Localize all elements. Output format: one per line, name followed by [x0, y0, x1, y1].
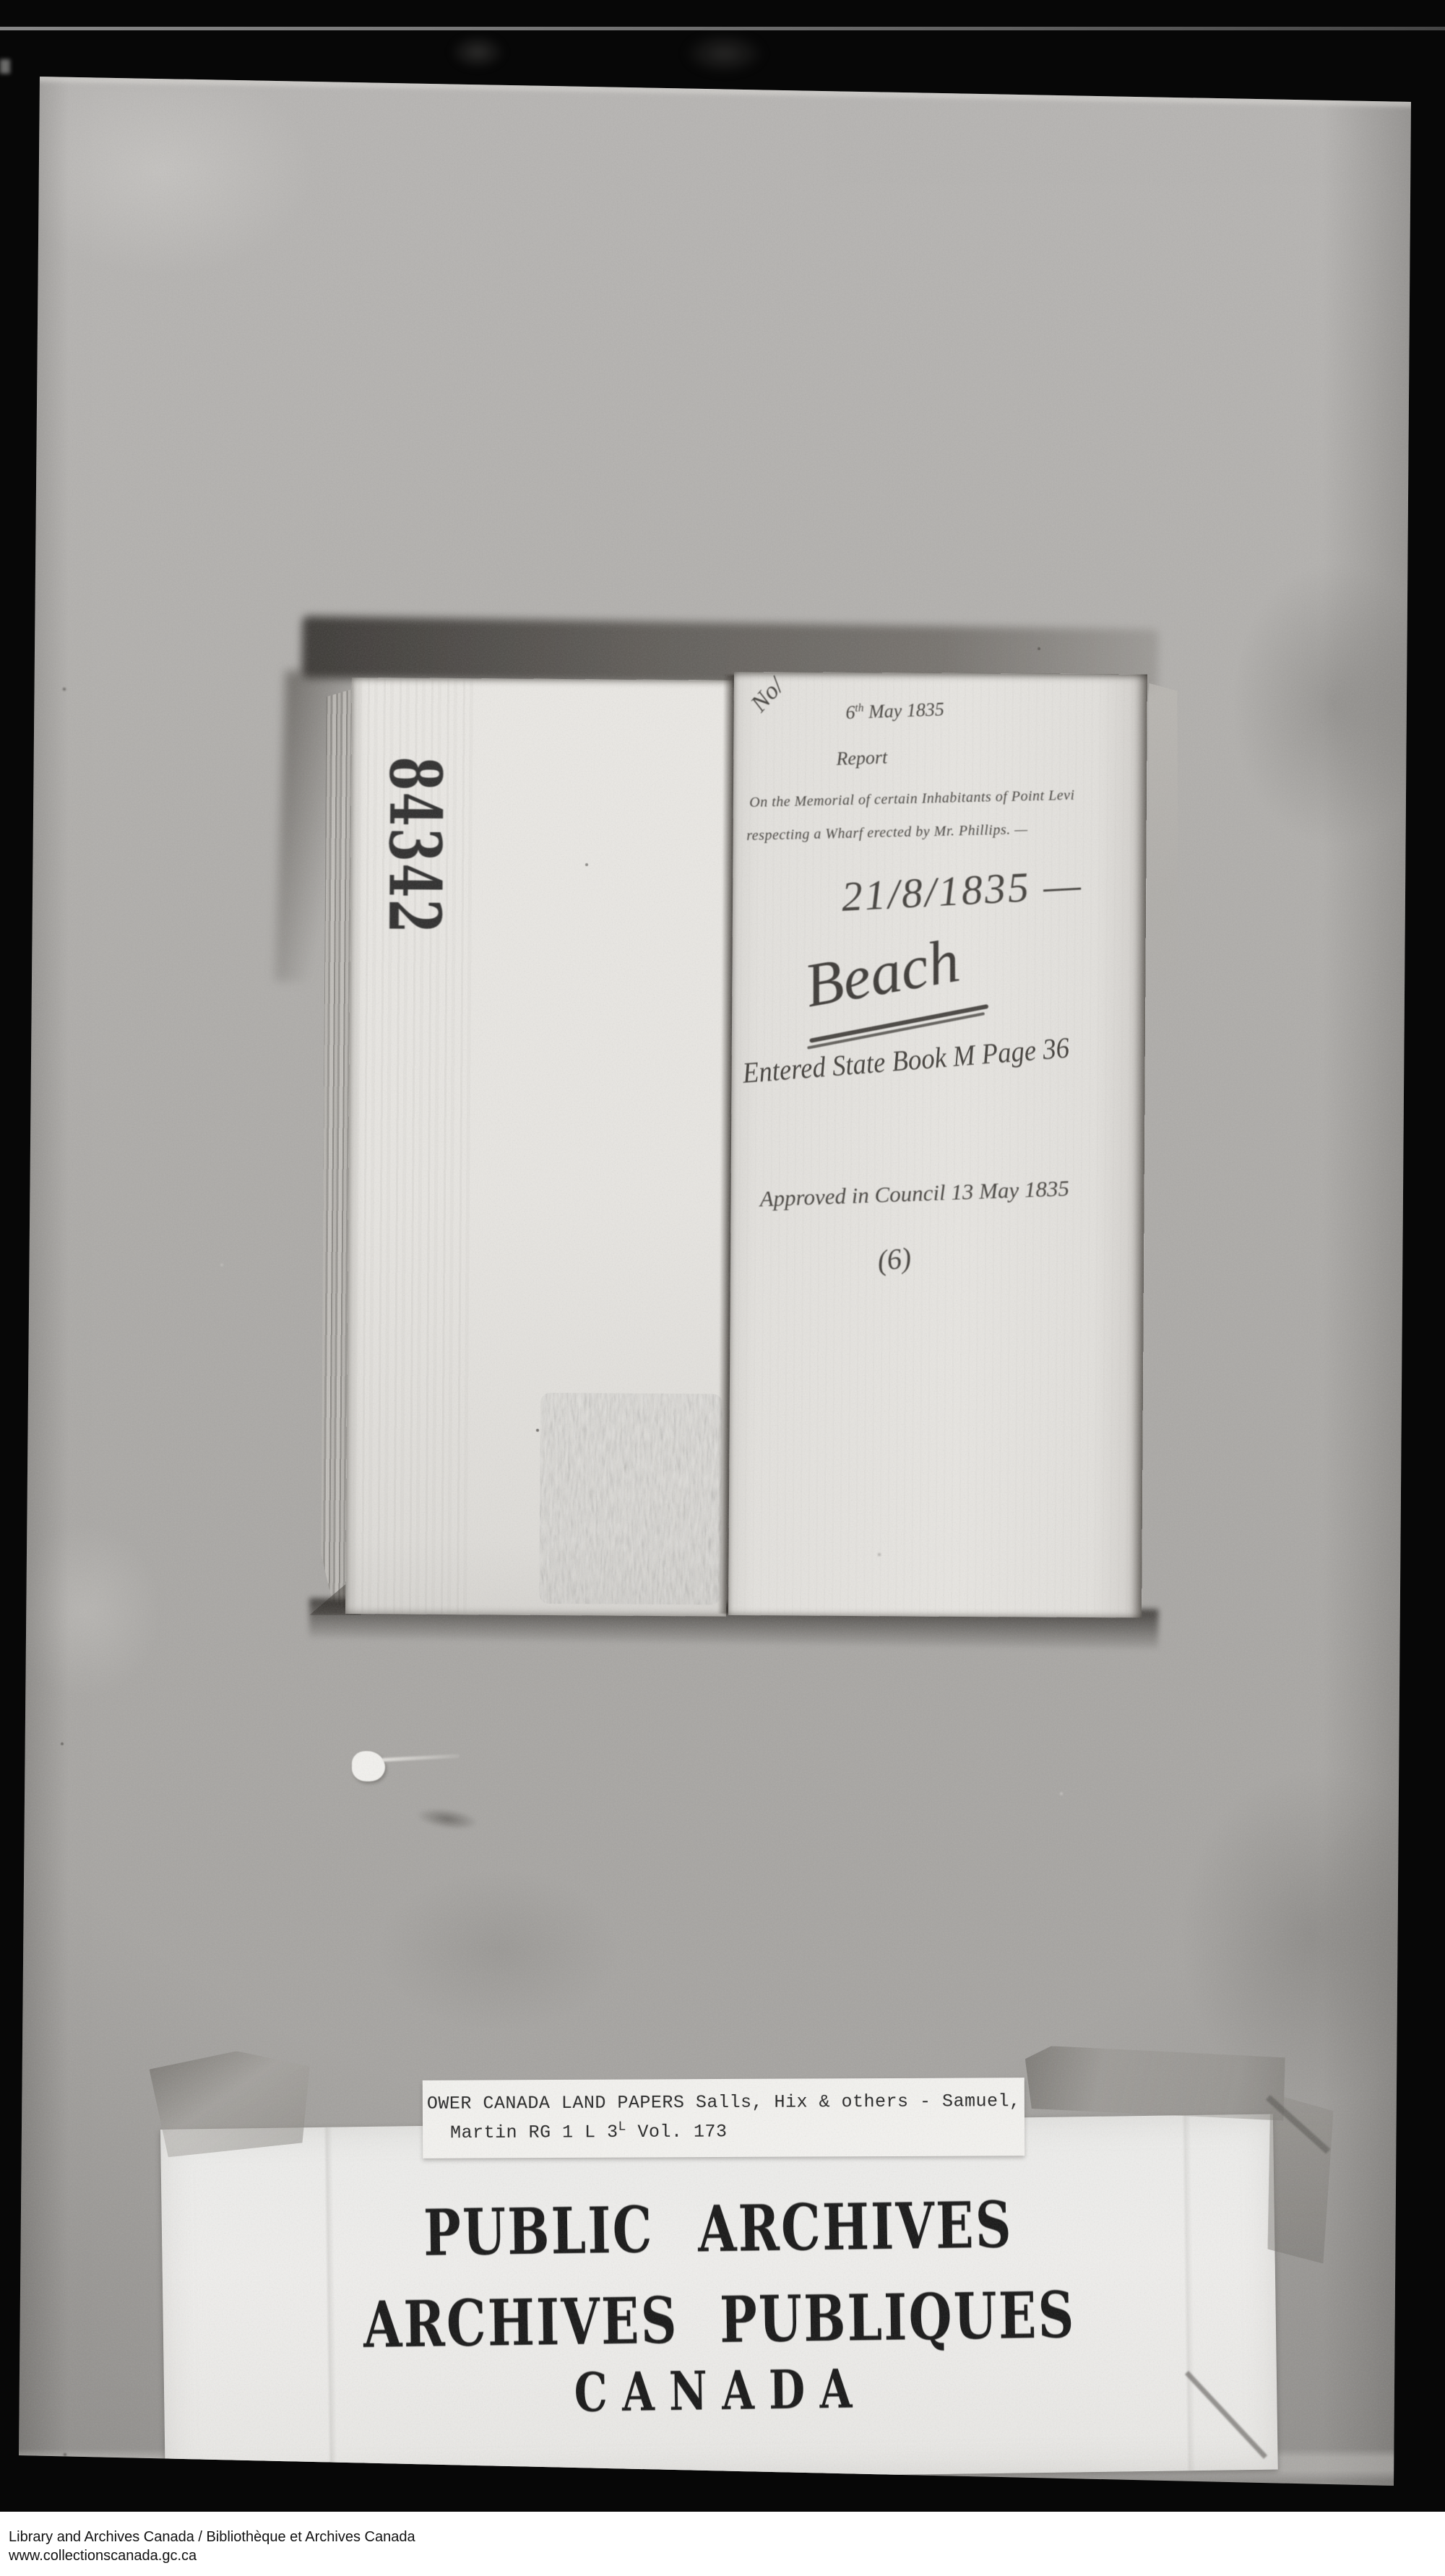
film-scratch-line [0, 27, 1445, 30]
reference-line-1: OWER CANADA LAND PAPERS Salls, Hix & oth… [427, 2091, 1021, 2114]
date-rest: May 1835 [863, 699, 944, 722]
report-label: Report [836, 747, 888, 770]
footer-credit: Library and Archives Canada / Bibliothèq… [9, 2529, 415, 2546]
dust-specks [0, 0, 1, 1]
film-edge-mark [0, 59, 10, 74]
page-stack-edge-right [1146, 683, 1183, 1059]
card-title-canada: CANADA [574, 2358, 867, 2424]
reference-label: OWER CANADA LAND PAPERS Salls, Hix & oth… [423, 2078, 1025, 2158]
paper-mottle-texture [539, 1393, 722, 1605]
reference-line-2-superscript: L [618, 2120, 626, 2135]
tape-top-left [148, 2046, 315, 2158]
scratch-tail [381, 1754, 460, 1762]
footer-credit-strip: Library and Archives Canada / Bibliothèq… [0, 2512, 1445, 2576]
tape-right [1267, 2093, 1334, 2264]
page-stamp-number: 84342 [372, 756, 457, 935]
reference-line-2: Martin RG 1 L 3L Vol. 173 [450, 2119, 728, 2143]
date-header: 6th May 1835 [845, 699, 944, 724]
date-ordinal: th [855, 701, 864, 714]
date-day: 6 [845, 702, 855, 723]
archives-card: PUBLIC ARCHIVES ARCHIVES PUBLIQUES CANAD… [160, 2114, 1278, 2484]
footer-url: www.collectionscanada.gc.ca [9, 2548, 197, 2564]
tape-top-right [1024, 2045, 1285, 2120]
left-page: 84342 [345, 678, 733, 1617]
right-page [728, 672, 1147, 1617]
card-title-english: PUBLIC ARCHIVES [423, 2187, 1013, 2270]
reference-line-2-start: Martin RG 1 L 3 [450, 2122, 618, 2143]
photo-paper-edge [35, 71, 1415, 107]
paper-streak-texture [728, 672, 1147, 1617]
reference-line-2-end: Vol. 173 [626, 2121, 728, 2143]
photograph: 84342 No/ 6th May 1835 Report On the Mem… [0, 0, 1445, 2576]
dark-smudge [414, 1805, 480, 1833]
card-title-french: ARCHIVES PUBLIQUES [363, 2277, 1076, 2362]
film-smudge [683, 33, 766, 74]
item-number: (6) [876, 1240, 913, 1278]
microfilm-frame: 84342 No/ 6th May 1835 Report On the Mem… [0, 0, 1445, 2576]
film-smudge [449, 35, 506, 69]
white-blob-defect [352, 1751, 385, 1781]
